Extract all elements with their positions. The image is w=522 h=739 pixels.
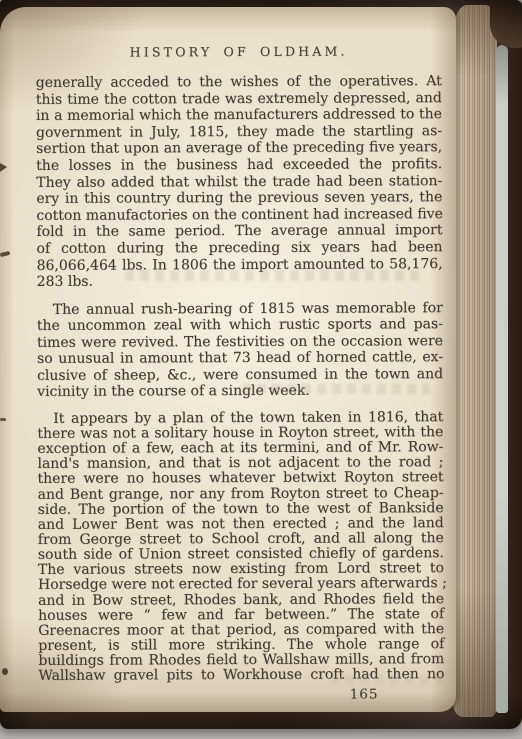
text-line: government in July, 1815, they made the …	[36, 123, 442, 141]
book-page: HISTORY OF OLDHAM. generally acceded to …	[0, 7, 456, 712]
text-line: generally acceded to the wishes of the o…	[36, 73, 442, 91]
text-line: 283 lbs.	[37, 272, 443, 290]
page-number: 165	[38, 686, 444, 704]
page-content: HISTORY OF OLDHAM. generally acceded to …	[35, 6, 444, 713]
text-line: vicinity in the course of a single week.	[37, 382, 443, 400]
text-line: times were revived. The festivities on t…	[37, 333, 443, 351]
text-line: They also added that whilst the trade ha…	[36, 173, 442, 191]
text-line: ery in this country during the previous …	[36, 189, 442, 207]
text-line: The annual rush-bearing of 1815 was memo…	[37, 300, 443, 318]
text-line: the uncommon zeal with which rustic spor…	[37, 316, 443, 334]
book-photo: HISTORY OF OLDHAM. generally acceded to …	[0, 0, 522, 739]
text-line: in a memorial which the manufacturers ad…	[36, 106, 442, 124]
running-header: HISTORY OF OLDHAM.	[36, 43, 442, 60]
text-line: Wallshaw gravel pits to Workhouse croft …	[38, 667, 444, 684]
fore-edge-page-stack	[453, 5, 497, 717]
text-line: of cotton during the preceding six years…	[36, 239, 442, 257]
text-line: this time the cotton trade was extremely…	[36, 90, 442, 108]
paragraph: The annual rush-bearing of 1815 was memo…	[37, 300, 443, 401]
paragraph: It appears by a plan of the town taken i…	[37, 410, 444, 685]
text-line: clusive of sheep, &c., were consumed in …	[37, 366, 443, 384]
text-line: fold in the same period. The average ann…	[36, 222, 442, 240]
text-line: cotton manufactories on the continent ha…	[36, 206, 442, 224]
text-line: 86,066,464 lbs. In 1806 the import amoun…	[37, 256, 443, 274]
text-line: sertion that upon an average of the prec…	[36, 139, 442, 157]
endpaper-edge	[496, 45, 508, 713]
paragraph: generally acceded to the wishes of the o…	[36, 73, 443, 290]
text-line: the losses in the business had exceeded …	[36, 156, 442, 174]
text-line: so unusual in amount that 73 head of hor…	[37, 349, 443, 367]
